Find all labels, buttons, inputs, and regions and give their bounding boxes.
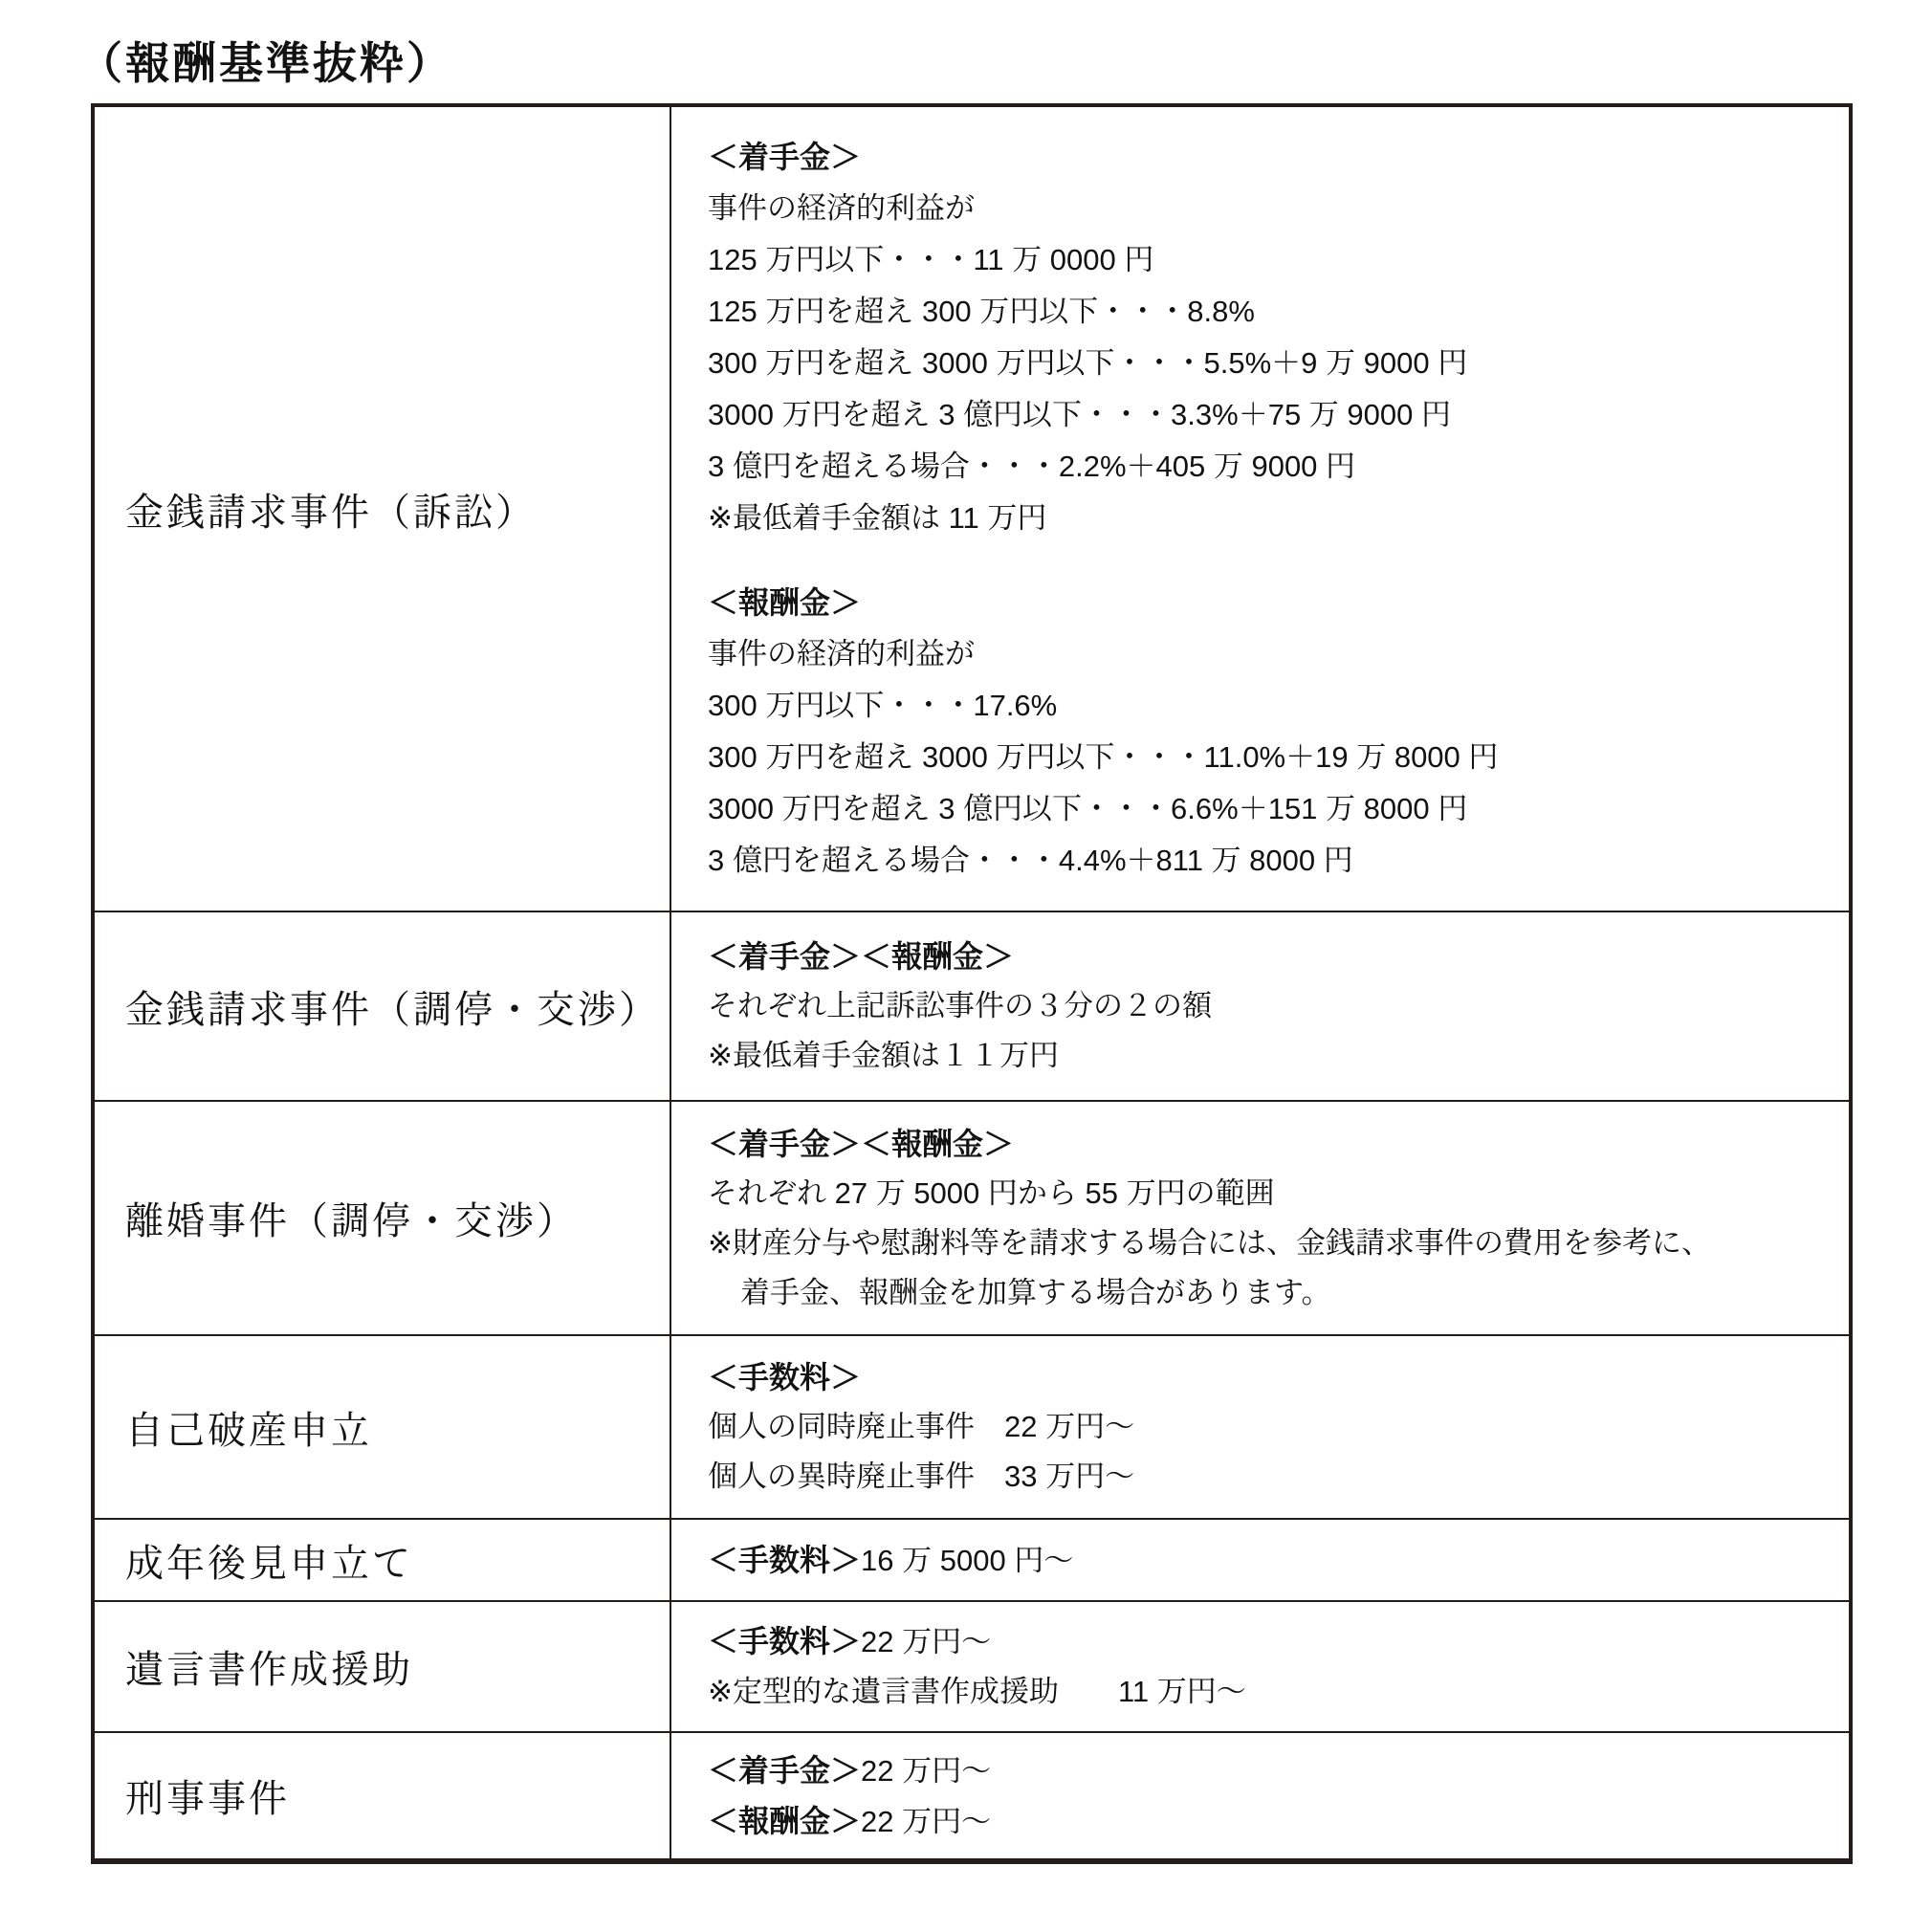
fee-line: それぞれ上記訴訟事件の３分の２の額 [708,981,1833,1031]
fee-line: 事件の経済的利益が [708,183,1833,234]
fee-section-heading: ＜着手金＞ [708,1753,861,1788]
page-title: （報酬基準抜粋） [78,29,453,92]
fee-line: 個人の同時廃止事件 22 万円～ [708,1402,1833,1452]
fee-note: 着手金、報酬金を加算する場合があります。 [708,1268,1833,1318]
table-row-bankruptcy-filing: 自己破産申立 ＜手数料＞ 個人の同時廃止事件 22 万円～ 個人の異時廃止事件 … [95,1336,1849,1520]
fee-section-heading: ＜手数料＞ [708,1543,861,1577]
fee-line: 300 万円以下・・・17.6% [708,680,1833,732]
fee-line: 個人の異時廃止事件 33 万円～ [708,1452,1833,1502]
table-row-divorce-mediation: 離婚事件（調停・交渉） ＜着手金＞＜報酬金＞ それぞれ 27 万 5000 円か… [95,1102,1849,1336]
fee-value: 22 万円～ [861,1625,991,1658]
fee-section-heading: ＜着手金＞＜報酬金＞ [708,932,1833,981]
fee-value: 16 万 5000 円～ [861,1544,1073,1577]
case-type-label: 金銭請求事件（調停・交渉） [95,912,671,1100]
fee-section-heading: ＜報酬金＞ [708,1804,861,1838]
table-row-money-claim-litigation: 金銭請求事件（訴訟） ＜着手金＞ 事件の経済的利益が 125 万円以下・・・11… [95,107,1849,912]
fee-line: ＜着手金＞22 万円～ [708,1745,1833,1796]
table-row-will-drafting: 遺言書作成援助 ＜手数料＞22 万円～ ※定型的な遺言書作成援助 11 万円～ [95,1602,1849,1733]
fee-line: 3000 万円を超え 3 億円以下・・・6.6%＋151 万 8000 円 [708,783,1833,835]
table-row-adult-guardianship: 成年後見申立て ＜手数料＞16 万 5000 円～ [95,1520,1849,1602]
case-type-label: 刑事事件 [95,1733,671,1858]
fee-line: ＜報酬金＞22 万円～ [708,1796,1833,1847]
fee-line: 125 万円以下・・・11 万 0000 円 [708,234,1833,286]
fee-line: 3000 万円を超え 3 億円以下・・・3.3%＋75 万 9000 円 [708,389,1833,441]
fee-note: ※財産分与や慰謝料等を請求する場合には、金銭請求事件の費用を参考に、 [708,1218,1833,1268]
fee-line: 3 億円を超える場合・・・4.4%＋811 万 8000 円 [708,835,1833,887]
fee-detail-cell: ＜着手金＞22 万円～ ＜報酬金＞22 万円～ [671,1733,1849,1858]
fee-line: 300 万円を超え 3000 万円以下・・・11.0%＋19 万 8000 円 [708,732,1833,783]
fee-section-heading: ＜報酬金＞ [708,577,1833,628]
fee-line: それぞれ 27 万 5000 円から 55 万円の範囲 [708,1169,1833,1218]
fee-detail-cell: ＜手数料＞22 万円～ ※定型的な遺言書作成援助 11 万円～ [671,1602,1849,1731]
fee-line: 300 万円を超え 3000 万円以下・・・5.5%＋9 万 9000 円 [708,338,1833,389]
case-type-label: 自己破産申立 [95,1336,671,1518]
fee-line: ＜手数料＞22 万円～ [708,1616,1833,1667]
fee-note: ※最低着手金額は１１万円 [708,1031,1833,1081]
fee-note: ※最低着手金額は 11 万円 [708,493,1833,544]
fee-section-heading: ＜着手金＞ [708,131,1833,183]
fee-detail-cell: ＜手数料＞16 万 5000 円～ [671,1520,1849,1600]
table-row-criminal-case: 刑事事件 ＜着手金＞22 万円～ ＜報酬金＞22 万円～ [95,1733,1849,1858]
fee-detail-cell: ＜着手金＞ 事件の経済的利益が 125 万円以下・・・11 万 0000 円 1… [671,107,1849,911]
fee-detail-cell: ＜着手金＞＜報酬金＞ それぞれ 27 万 5000 円から 55 万円の範囲 ※… [671,1102,1849,1334]
fee-section-heading: ＜手数料＞ [708,1352,1833,1402]
case-type-label: 金銭請求事件（訴訟） [95,107,671,911]
case-type-label: 遺言書作成援助 [95,1602,671,1731]
fee-line: ＜手数料＞16 万 5000 円～ [708,1535,1833,1586]
fee-line: 3 億円を超える場合・・・2.2%＋405 万 9000 円 [708,441,1833,493]
case-type-label: 成年後見申立て [95,1520,671,1600]
fee-note: ※定型的な遺言書作成援助 11 万円～ [708,1667,1833,1717]
fee-line: 125 万円を超え 300 万円以下・・・8.8% [708,286,1833,338]
fee-detail-cell: ＜手数料＞ 個人の同時廃止事件 22 万円～ 個人の異時廃止事件 33 万円～ [671,1336,1849,1518]
fee-section-heading: ＜着手金＞＜報酬金＞ [708,1119,1833,1169]
fee-value: 22 万円～ [861,1805,991,1838]
table-row-money-claim-mediation: 金銭請求事件（調停・交渉） ＜着手金＞＜報酬金＞ それぞれ上記訴訟事件の３分の２… [95,912,1849,1102]
fee-detail-cell: ＜着手金＞＜報酬金＞ それぞれ上記訴訟事件の３分の２の額 ※最低着手金額は１１万… [671,912,1849,1100]
fee-table: 金銭請求事件（訴訟） ＜着手金＞ 事件の経済的利益が 125 万円以下・・・11… [91,103,1853,1864]
fee-section-heading: ＜手数料＞ [708,1624,861,1658]
fee-value: 22 万円～ [861,1754,991,1788]
case-type-label: 離婚事件（調停・交渉） [95,1102,671,1334]
fee-line: 事件の経済的利益が [708,628,1833,680]
